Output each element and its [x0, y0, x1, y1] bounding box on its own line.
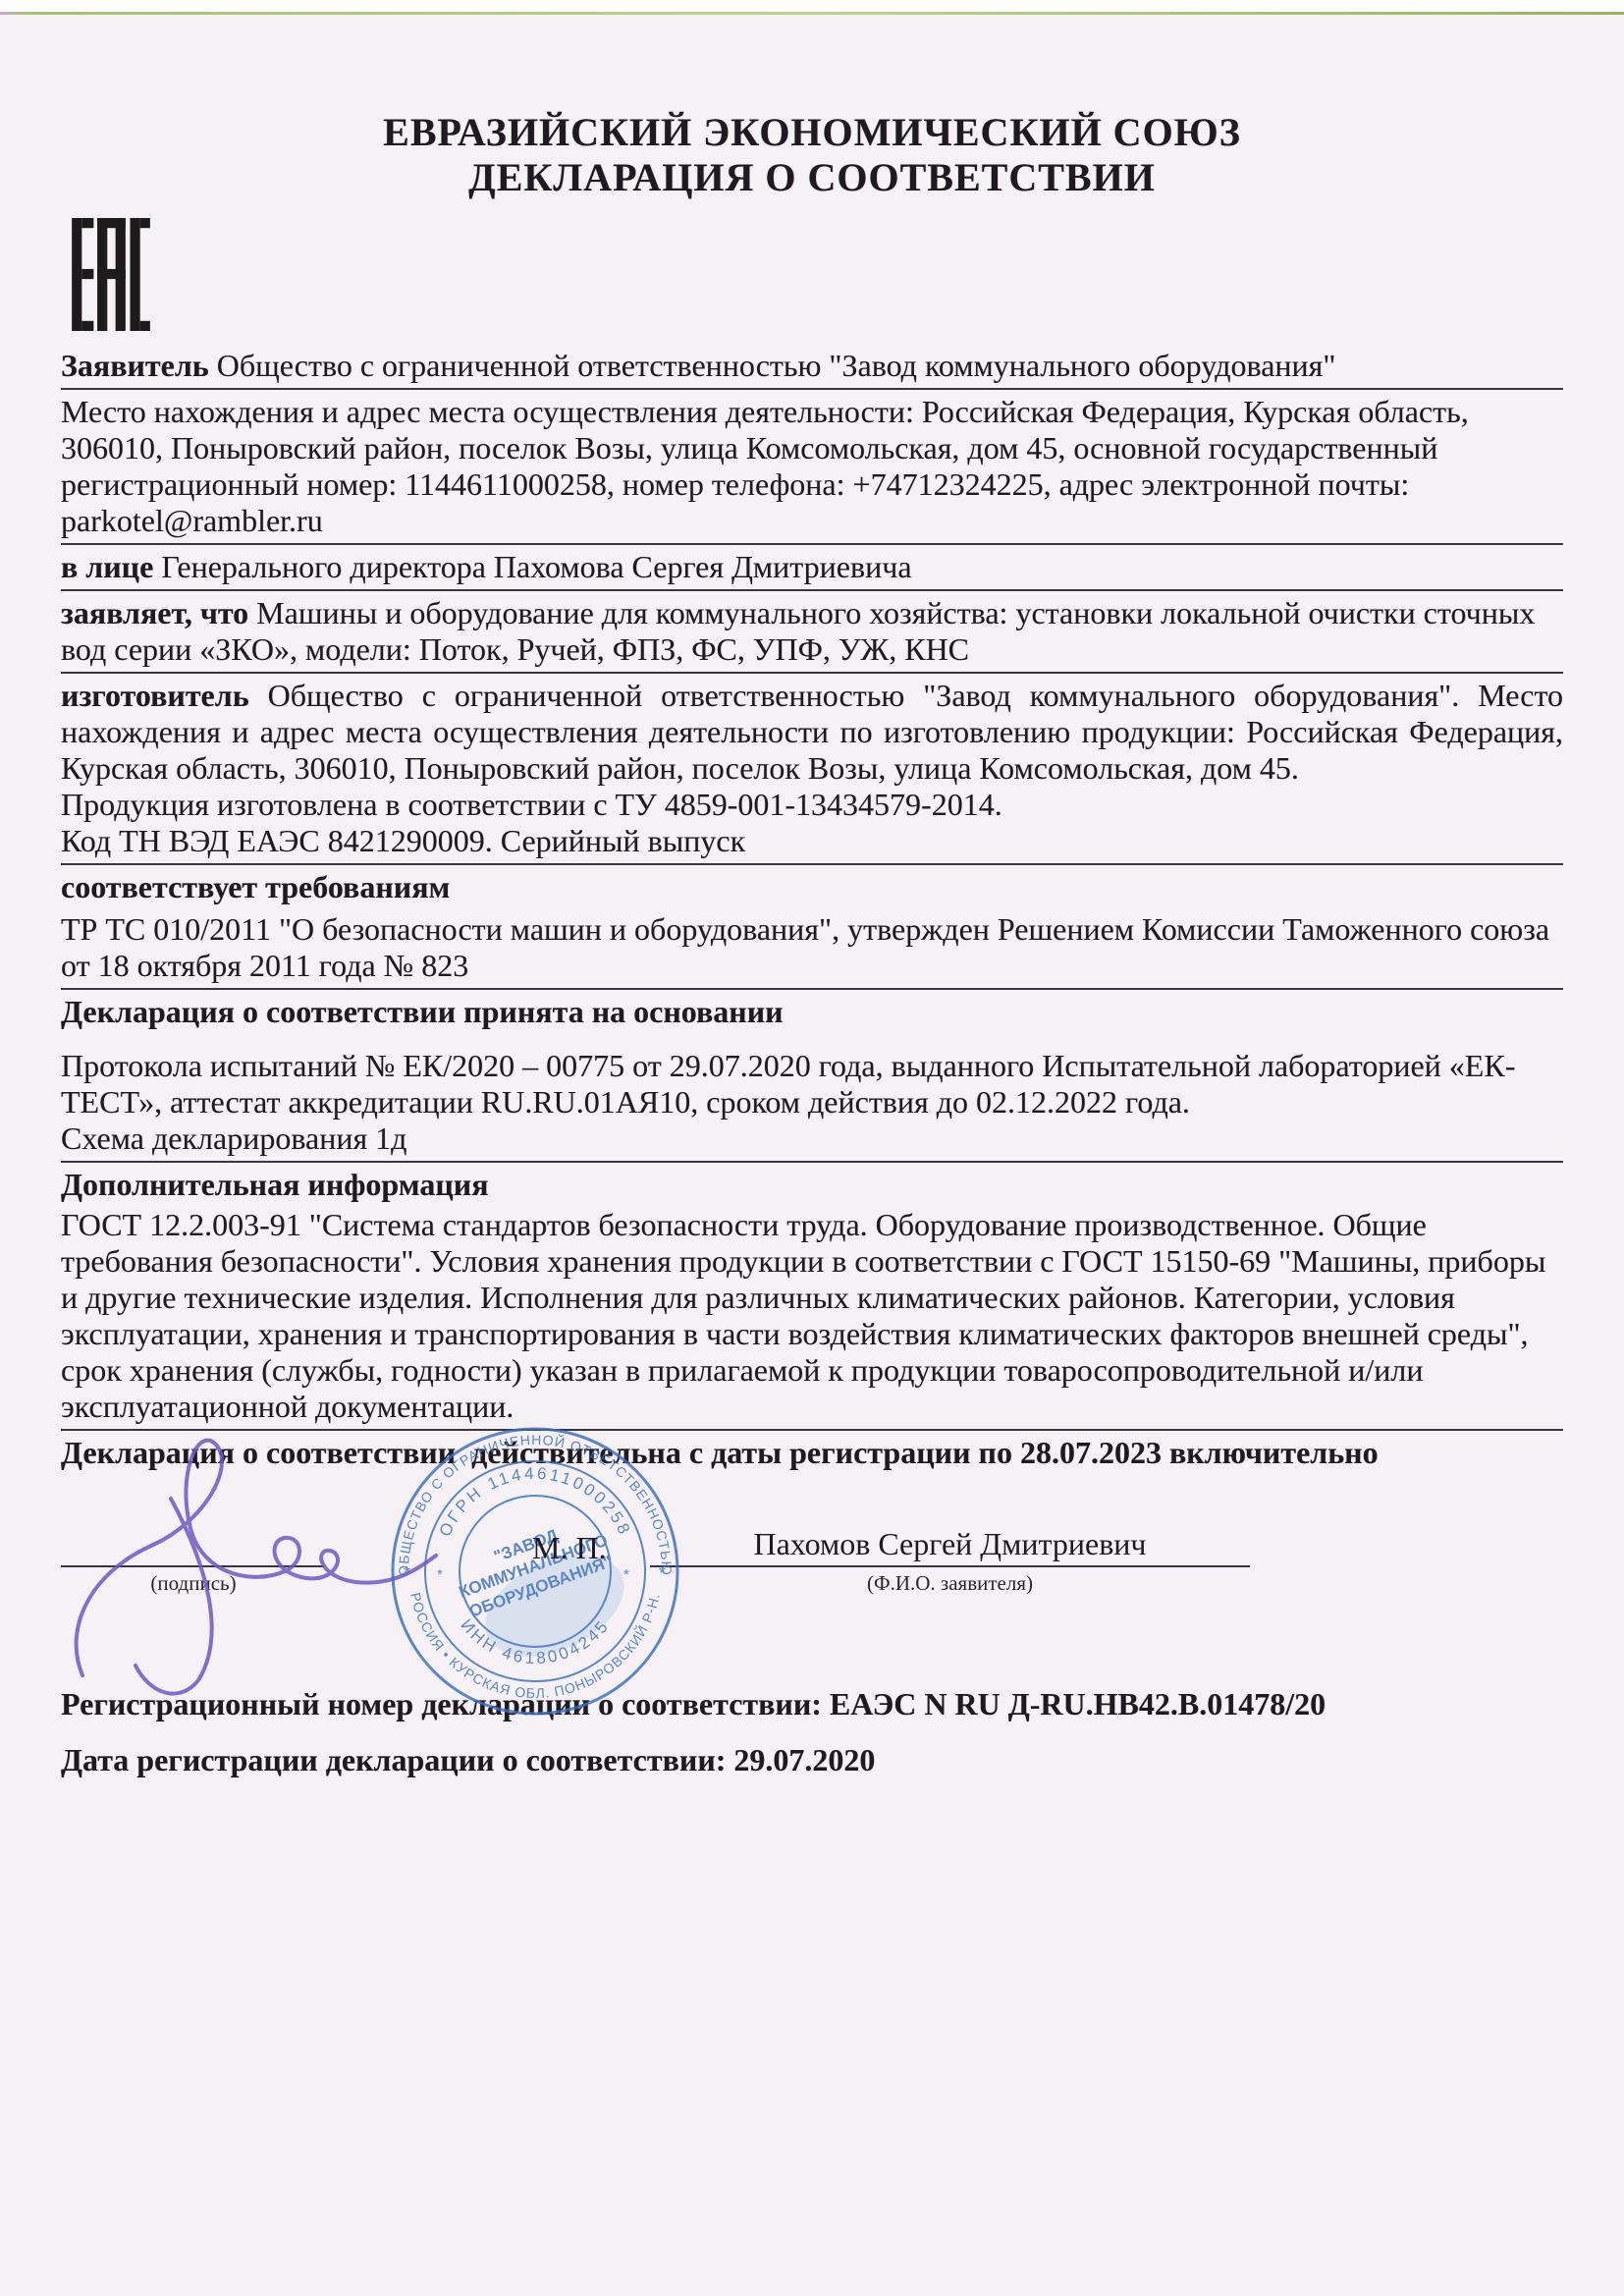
applicant-address: Место нахождения и адрес места осуществл… [61, 394, 1563, 539]
stamp-star-right: * [659, 1563, 666, 1583]
in-person-label: в лице [61, 549, 153, 584]
applicant-value: Общество с ограниченной ответственностью… [217, 348, 1336, 383]
document-title: ЕВРАЗИЙСКИЙ ЭКОНОМИЧЕСКИЙ СОЮЗ ДЕКЛАРАЦИ… [61, 110, 1563, 200]
document-body: ЕВРАЗИЙСКИЙ ЭКОНОМИЧЕСКИЙ СОЮЗ ДЕКЛАРАЦИ… [61, 0, 1563, 1778]
registration-date-line: Дата регистрации декларации о соответств… [61, 1742, 1563, 1778]
section-divider [61, 672, 1563, 674]
fio-line [650, 1565, 1250, 1567]
handwritten-signature [61, 1381, 483, 1715]
declares-line: заявляет, что Машины и оборудование для … [61, 595, 1563, 668]
in-person-line: в лице Генерального директора Пахомова С… [61, 549, 1563, 585]
basis-text: Протокола испытаний № ЕК/2020 – 00775 от… [61, 1048, 1563, 1121]
section-divider [61, 388, 1563, 390]
manufacturer-label: изготовитель [61, 678, 249, 713]
additional-header: Дополнительная информация [61, 1167, 1563, 1203]
scheme-line: Схема декларирования 1д [61, 1121, 1563, 1157]
declares-value: Машины и оборудование для коммунального … [61, 595, 1535, 667]
section-divider [61, 543, 1563, 545]
stamp-star-mid-right: * [623, 1566, 629, 1583]
signature-area: ОБЩЕСТВО С ОГРАНИЧЕННОЙ ОТВЕТСТВЕННОСТЬЮ… [61, 1471, 1563, 1682]
in-person-value: Генерального директора Пахомова Сергея Д… [161, 549, 911, 584]
applicant-fio: Пахомов Сергей Дмитриевич [650, 1526, 1250, 1562]
title-union: ЕВРАЗИЙСКИЙ ЭКОНОМИЧЕСКИЙ СОЮЗ [61, 110, 1563, 155]
made-according-line: Продукция изготовлена в соответствии с Т… [61, 787, 1563, 823]
basis-header: Декларация о соответствии принята на осн… [61, 994, 1563, 1030]
applicant-line: Заявитель Общество с ограниченной ответс… [61, 348, 1563, 384]
manufacturer-value: Общество с ограниченной ответственностью… [61, 678, 1563, 786]
declares-label: заявляет, что [61, 595, 248, 630]
title-declaration: ДЕКЛАРАЦИЯ О СООТВЕТСТВИИ [61, 155, 1563, 200]
section-divider [61, 589, 1563, 591]
section-divider [61, 863, 1563, 865]
section-divider [61, 1161, 1563, 1163]
stamp-place-label: М. П. [532, 1530, 607, 1566]
scanned-declaration-page: { "colors": { "paper": "#f5f1f4", "ink":… [0, 0, 1624, 2296]
tnved-line: Код ТН ВЭД ЕАЭС 8421290009. Серийный вып… [61, 823, 1563, 859]
complies-text: ТР ТС 010/2011 "О безопасности машин и о… [61, 911, 1563, 984]
section-divider [61, 988, 1563, 990]
manufacturer-paragraph: изготовитель Общество с ограниченной отв… [61, 678, 1563, 787]
applicant-label: Заявитель [61, 348, 209, 383]
fio-caption: (Ф.И.О. заявителя) [650, 1571, 1250, 1596]
complies-header: соответствует требованиям [61, 869, 1563, 905]
